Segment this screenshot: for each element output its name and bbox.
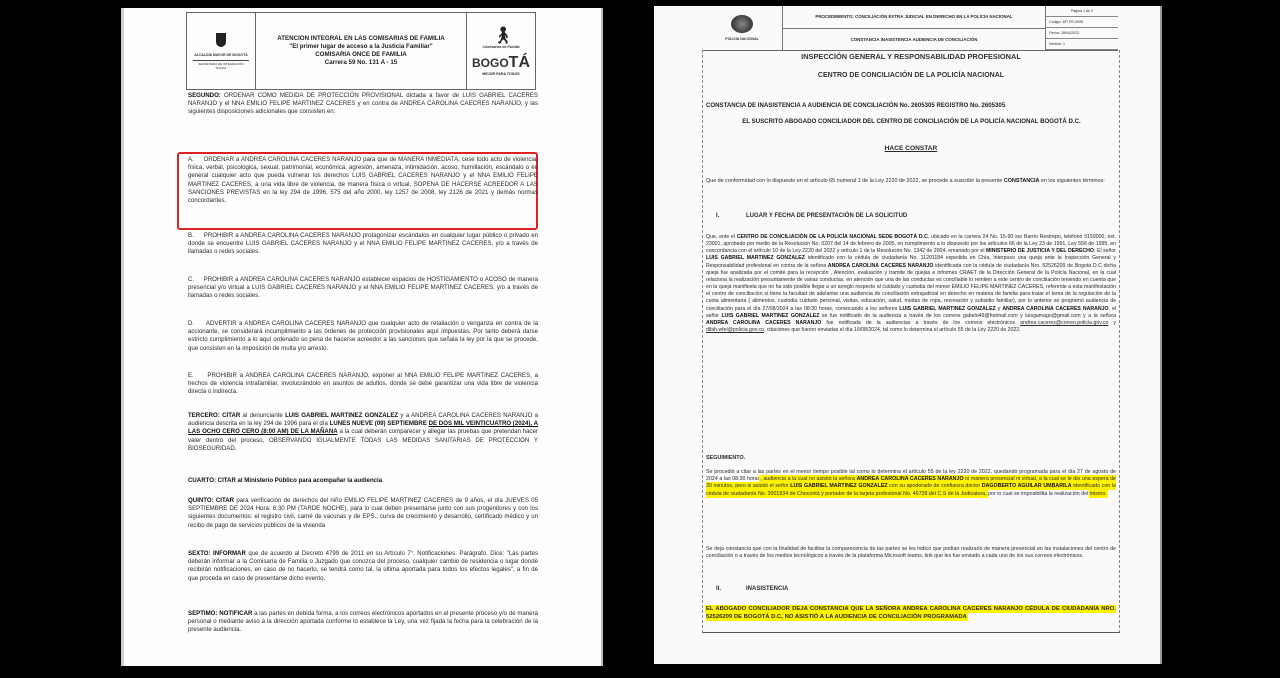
inspection-title: INSPECCIÓN GENERAL Y RESPONSABILIDAD PRO… — [706, 53, 1116, 60]
list-item-a: A. ORDENAR a ANDREA CAROLINA CACERES NAR… — [188, 156, 538, 205]
quinto-paragraph: QUINTO: CITAR para verificación de derec… — [188, 497, 538, 530]
hace-constar-heading: HACE CONSTAR — [706, 145, 1116, 152]
policia-logo: POLICÍA NACIONAL — [702, 6, 783, 50]
segundo-paragraph: SEGUNDO: ORDENAR COMO MEDIDA DE PROTECCI… — [188, 92, 538, 117]
list-item-c: C. PROHIBIR a ANDREA CAROLINA CACERES NA… — [188, 276, 538, 301]
suscrito-heading: EL SUSCRITO ABOGADO CONCILIADOR DEL CENT… — [724, 118, 1099, 125]
cuarto-paragraph: CUARTO: CITAR al Ministerio Público para… — [188, 477, 538, 485]
bogota-shield-icon — [216, 33, 226, 47]
family-figures-icon: 🚶︎ — [492, 27, 510, 45]
section-1-heading: I.LUGAR Y FECHA DE PRESENTACIÓN DE LA SO… — [706, 213, 1116, 220]
list-item-b: B. PROHIBIR a ANDREA CAROLINA CACERES NA… — [188, 232, 538, 257]
comisarias-logo: 🚶︎ Comisarías de Familia BOGOTÁ MEJOR PA… — [466, 13, 535, 89]
seguimiento-paragraph: Se procedió a citar a las partes en el m… — [706, 469, 1116, 498]
inasistencia-paragraph: EL ABOGADO CONCILIADOR DEJA CONSTANCIA Q… — [706, 606, 1116, 622]
solicitud-body: Que, ante el CENTRO DE CONCILIACIÓN DE L… — [706, 234, 1116, 334]
constancia-title: CONSTANCIA DE INASISTENCIA A AUDIENCIA D… — [706, 102, 1116, 109]
header-title-block: ATENCION INTEGRAL EN LAS COMISARIAS DE F… — [256, 13, 466, 89]
comisaria-document-page: ALCALDÍA MAYOR DE BOGOTÁ SECRETARÍA DE I… — [121, 8, 603, 666]
sexto-paragraph: SEXTO: INFORMAR que de acuerdo al Decret… — [188, 550, 538, 583]
seguimiento-heading: SEGUIMIENTO. — [706, 455, 1116, 462]
section-2-heading: II.INASISTENCIA — [706, 586, 1116, 593]
document-header: POLICÍA NACIONAL PROCEDIMIENTO: CONCILIA… — [702, 6, 1118, 51]
teams-note-paragraph: Se deja constancia que con la finalidad … — [706, 546, 1116, 560]
intro-paragraph: Que de conformidad con lo dispuesto en e… — [706, 178, 1116, 185]
email-link-andrea[interactable]: andrea.caceres@correo.policia.gov.co — [1020, 320, 1108, 326]
email-link-dibih[interactable]: dibih.wfel@policia.gov.co — [706, 327, 764, 333]
list-item-d: D. ADVERTIR a ANDREA CAROLINA CACERES NA… — [188, 320, 538, 353]
policia-constancia-page: POLICÍA NACIONAL PROCEDIMIENTO: CONCILIA… — [654, 6, 1162, 664]
procedure-title: PROCEDIMIENTO: CONCILIACIÓN EXTRA JUDICI… — [783, 6, 1045, 29]
bogota-mayoralty-logo: ALCALDÍA MAYOR DE BOGOTÁ SECRETARÍA DE I… — [187, 13, 256, 89]
document-meta: Página 1 de 2 Código: 1IP-FR-0095 Fecha:… — [1046, 6, 1118, 50]
tercero-paragraph: TERCERO: CITAR al denunciante LUIS GABRI… — [188, 412, 538, 453]
document-type: CONSTANCIA INASISTENCIA AUDIENCIA DE CON… — [783, 29, 1045, 51]
septimo-paragraph: SEPTIMO: NOTIFICAR a las partes en debid… — [188, 610, 538, 635]
list-item-e: E. PROHIBIR a ANDREA CAROLINA CACERES NA… — [188, 372, 538, 397]
document-header: ALCALDÍA MAYOR DE BOGOTÁ SECRETARÍA DE I… — [186, 12, 536, 90]
center-title: CENTRO DE CONCILIACIÓN DE LA POLICÍA NAC… — [706, 72, 1116, 79]
police-emblem-icon — [731, 15, 753, 33]
bogota-brand: BOGOTÁ — [472, 54, 530, 72]
